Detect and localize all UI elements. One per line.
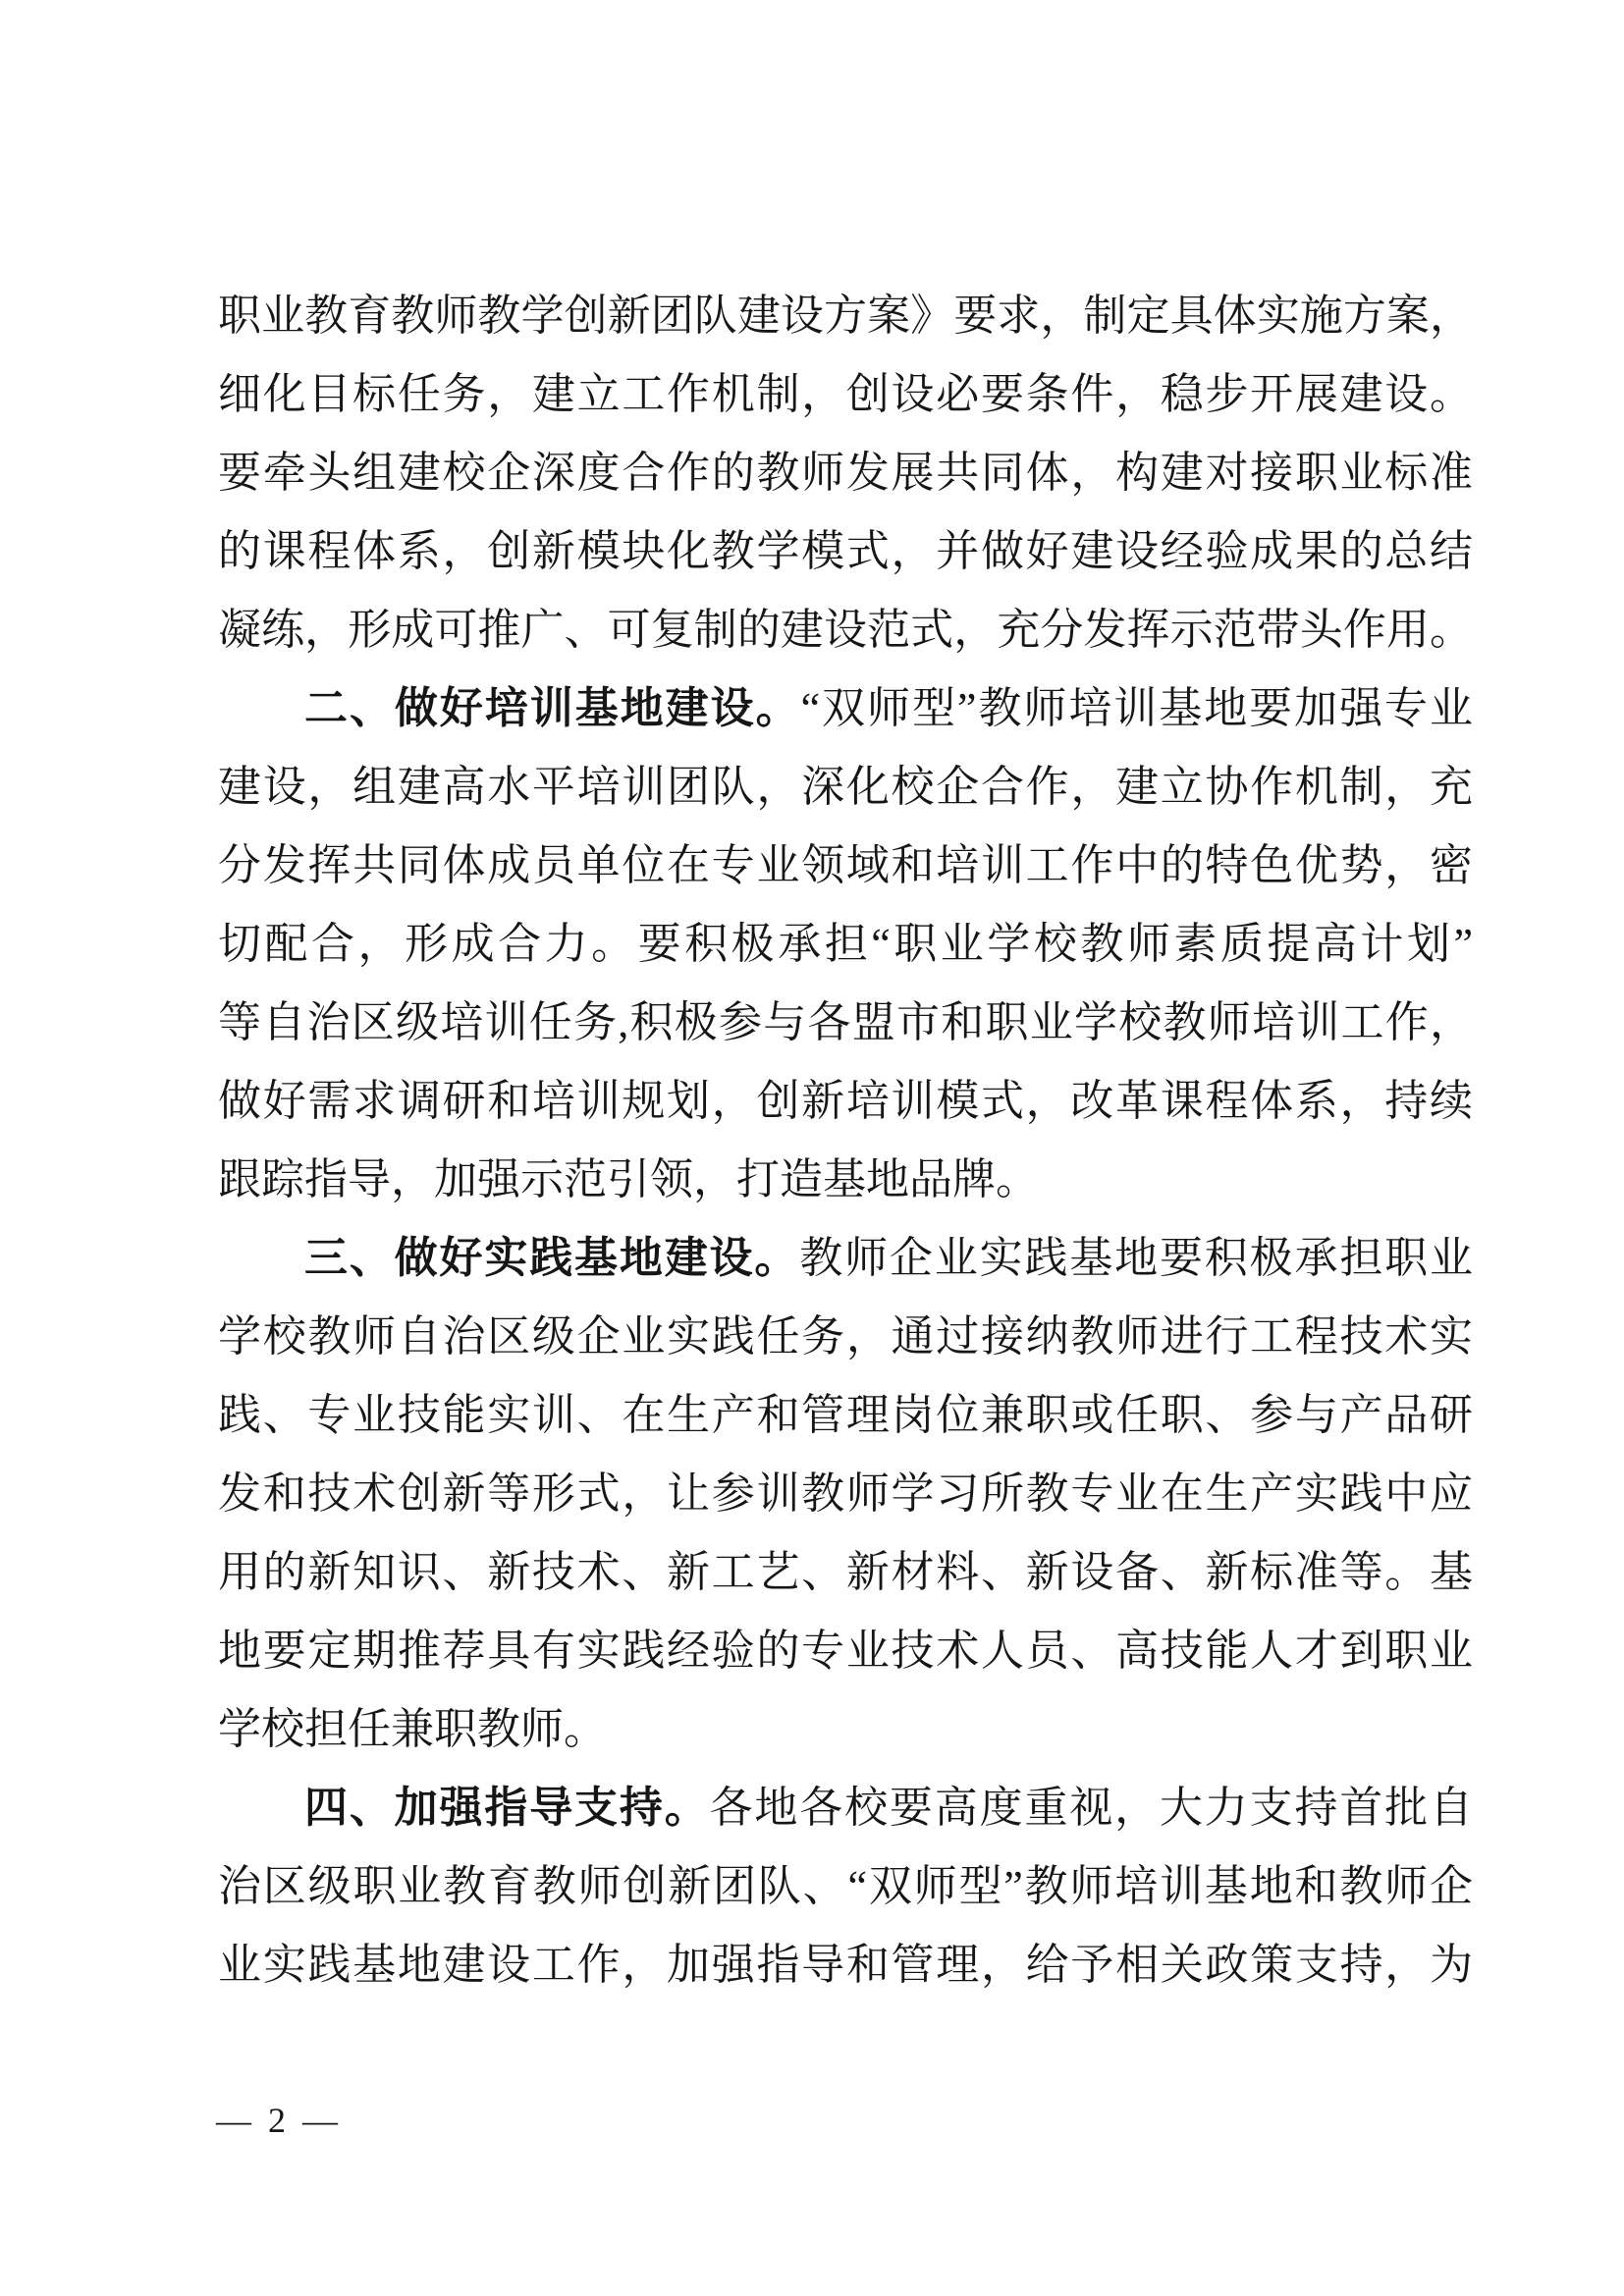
text-line: 业实践基地建设工作，加强指导和管理，给予相关政策支持，为 xyxy=(218,1926,1473,2004)
line-text: 职业教育教师教学创新团队建设方案》要求，制定具体实施方案， xyxy=(218,292,1473,340)
text-line: 发和技术创新等形式，让参训教师学习所教专业在生产实践中应 xyxy=(218,1455,1473,1533)
page-number: — 2 — xyxy=(216,2099,342,2142)
line-text: 践、专业技能实训、在生产和管理岗位兼职或任职、参与产品研 xyxy=(218,1391,1473,1439)
text-line: 用的新知识、新技术、新工艺、新材料、新设备、新标准等。基 xyxy=(218,1533,1473,1612)
text-line: 践、专业技能实训、在生产和管理岗位兼职或任职、参与产品研 xyxy=(218,1376,1473,1455)
line-text: 学校教师自治区级企业实践任务，通过接纳教师进行工程技术实 xyxy=(218,1312,1473,1361)
line-text: 教师企业实践基地要积极承担职业 xyxy=(799,1234,1473,1282)
text-line: 治区级职业教育教师创新团队、“双师型”教师培训基地和教师企 xyxy=(218,1847,1473,1926)
line-text: 发和技术创新等形式，让参训教师学习所教专业在生产实践中应 xyxy=(218,1469,1473,1518)
line-text: 的课程体系，创新模块化教学模式，并做好建设经验成果的总结 xyxy=(218,527,1473,575)
text-line: 职业教育教师教学创新团队建设方案》要求，制定具体实施方案， xyxy=(218,277,1473,355)
line-text: “双师型”教师培训基地要加强专业 xyxy=(801,684,1473,732)
document-page: 职业教育教师教学创新团队建设方案》要求，制定具体实施方案， 细化目标任务，建立工… xyxy=(0,0,1624,2296)
line-text: 分发挥共同体成员单位在专业领域和培训工作中的特色优势，密 xyxy=(218,841,1473,889)
text-line: 学校担任兼职教师。 xyxy=(218,1690,1473,1769)
text-line: 学校教师自治区级企业实践任务，通过接纳教师进行工程技术实 xyxy=(218,1298,1473,1376)
text-line: 跟踪指导，加强示范引领，打造基地品牌。 xyxy=(218,1141,1473,1219)
line-text: 等自治区级培训任务,积极参与各盟市和职业学校教师培训工作， xyxy=(218,998,1473,1046)
line-text: 做好需求调研和培训规划，创新培训模式，改革课程体系，持续 xyxy=(218,1077,1473,1125)
line-text: 业实践基地建设工作，加强指导和管理，给予相关政策支持，为 xyxy=(218,1941,1473,1989)
body-text: 职业教育教师教学创新团队建设方案》要求，制定具体实施方案， 细化目标任务，建立工… xyxy=(218,277,1473,2004)
line-text: 各地各校要高度重视，大力支持首批自 xyxy=(710,1784,1473,1832)
text-line: 做好需求调研和培训规划，创新培训模式，改革课程体系，持续 xyxy=(218,1062,1473,1141)
section-heading: 三、做好实践基地建设。 xyxy=(304,1234,799,1282)
section-heading: 四、加强指导支持。 xyxy=(304,1784,710,1832)
text-line: 建设，组建高水平培训团队，深化校企合作，建立协作机制，充 xyxy=(218,748,1473,827)
line-text: 用的新知识、新技术、新工艺、新材料、新设备、新标准等。基 xyxy=(218,1548,1473,1596)
text-line: 细化目标任务，建立工作机制，创设必要条件，稳步开展建设。 xyxy=(218,355,1473,434)
line-text: 细化目标任务，建立工作机制，创设必要条件，稳步开展建设。 xyxy=(218,370,1473,418)
line-text: 凝练，形成可推广、可复制的建设范式，充分发挥示范带头作用。 xyxy=(218,606,1473,654)
text-line: 二、做好培训基地建设。“双师型”教师培训基地要加强专业 xyxy=(218,669,1473,748)
line-text: 建设，组建高水平培训团队，深化校企合作，建立协作机制，充 xyxy=(218,763,1473,811)
text-line: 三、做好实践基地建设。教师企业实践基地要积极承担职业 xyxy=(218,1219,1473,1298)
line-text: 跟踪指导，加强示范引领，打造基地品牌。 xyxy=(218,1155,1039,1203)
text-line: 要牵头组建校企深度合作的教师发展共同体，构建对接职业标准 xyxy=(218,434,1473,512)
text-line: 等自治区级培训任务,积极参与各盟市和职业学校教师培训工作， xyxy=(218,984,1473,1062)
text-line: 切配合，形成合力。要积极承担“职业学校教师素质提高计划” xyxy=(218,905,1473,984)
text-line: 分发挥共同体成员单位在专业领域和培训工作中的特色优势，密 xyxy=(218,827,1473,905)
line-text: 要牵头组建校企深度合作的教师发展共同体，构建对接职业标准 xyxy=(218,449,1473,497)
text-line: 四、加强指导支持。各地各校要高度重视，大力支持首批自 xyxy=(218,1769,1473,1847)
line-text: 学校担任兼职教师。 xyxy=(218,1705,607,1753)
text-line: 的课程体系，创新模块化教学模式，并做好建设经验成果的总结 xyxy=(218,512,1473,591)
text-line: 凝练，形成可推广、可复制的建设范式，充分发挥示范带头作用。 xyxy=(218,591,1473,669)
text-line: 地要定期推荐具有实践经验的专业技术人员、高技能人才到职业 xyxy=(218,1612,1473,1690)
line-text: 治区级职业教育教师创新团队、“双师型”教师培训基地和教师企 xyxy=(218,1862,1473,1910)
section-heading: 二、做好培训基地建设。 xyxy=(304,684,801,732)
line-text: 地要定期推荐具有实践经验的专业技术人员、高技能人才到职业 xyxy=(218,1627,1473,1675)
line-text: 切配合，形成合力。要积极承担“职业学校教师素质提高计划” xyxy=(218,920,1473,968)
